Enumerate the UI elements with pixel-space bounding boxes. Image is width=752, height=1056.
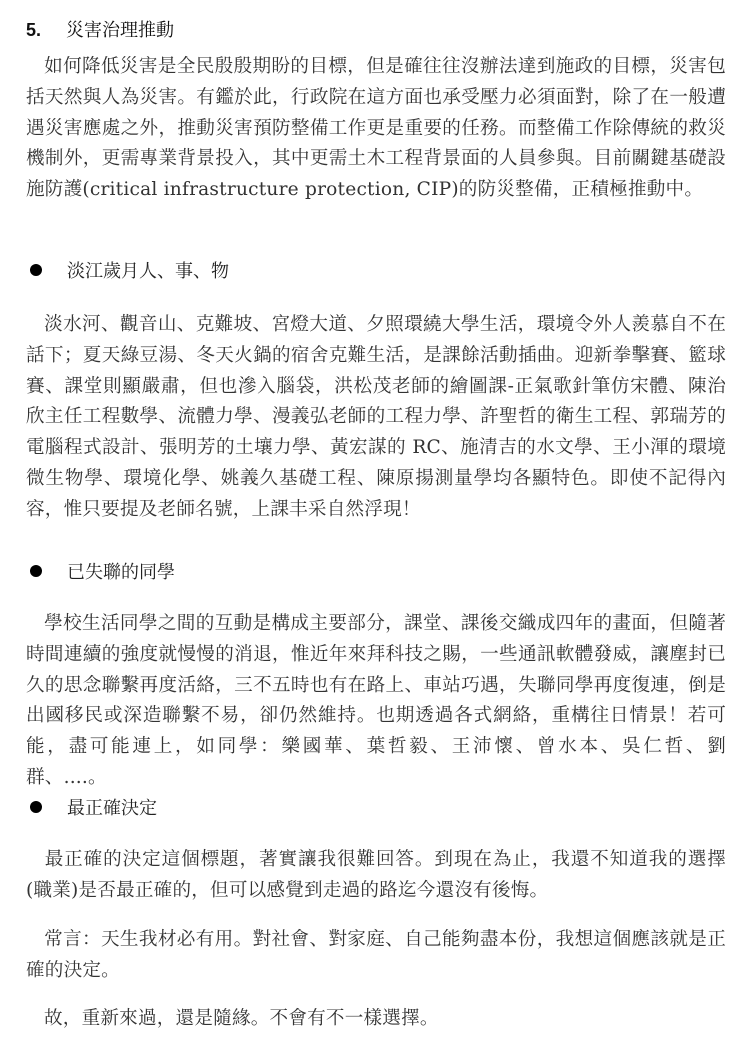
- bullet-icon: [30, 565, 42, 577]
- bullet-paragraph: 淡水河、觀音山、克難坡、宮燈大道、夕照環繞大學生活，環境令外人羨慕自不在話下；夏…: [26, 310, 726, 526]
- paragraph-text: 如何降低災害是全民殷殷期盼的目標，但是確往往沒辦法達到施政的目標，災害包括天然與…: [26, 56, 726, 200]
- section-title: 災害治理推動: [66, 20, 174, 41]
- bullet-paragraph: 學校生活同學之間的互動是構成主要部分，課堂、課後交織成四年的畫面，但隨著時間連續…: [26, 609, 726, 794]
- paragraph-text: 故，重新來過，還是隨緣。不會有不一樣選擇。: [44, 1008, 439, 1029]
- paragraph-text: 學校生活同學之間的互動是構成主要部分，課堂、課後交織成四年的畫面，但隨著時間連續…: [26, 613, 726, 788]
- bullet-title: 淡江歲月人、事、物: [67, 261, 229, 282]
- section-number: 5.: [26, 18, 66, 42]
- bullet-paragraph: 故，重新來過，還是隨緣。不會有不一樣選擇。: [26, 1004, 726, 1035]
- bullet-icon: [30, 264, 42, 276]
- bullet-heading-lost-classmates: 已失聯的同學: [26, 561, 175, 585]
- paragraph-text: 淡水河、觀音山、克難坡、宮燈大道、夕照環繞大學生活，環境令外人羨慕自不在話下；夏…: [26, 314, 726, 520]
- bullet-paragraph: 最正確的決定這個標題，著實讓我很難回答。到現在為止，我還不知道我的選擇(職業)是…: [26, 845, 726, 907]
- document-page: 5.災害治理推動 如何降低災害是全民殷殷期盼的目標，但是確往往沒辦法達到施政的目…: [0, 0, 752, 1056]
- paragraph-text: 最正確的決定這個標題，著實讓我很難回答。到現在為止，我還不知道我的選擇(職業)是…: [26, 849, 726, 901]
- bullet-icon: [30, 801, 42, 813]
- bullet-heading-tamkang: 淡江歲月人、事、物: [26, 260, 229, 284]
- bullet-paragraph: 常言：天生我材必有用。對社會、對家庭、自己能夠盡本份，我想這個應該就是正確的決定…: [26, 925, 726, 987]
- bullet-title: 最正確決定: [67, 798, 157, 819]
- bullet-title: 已失聯的同學: [67, 562, 175, 583]
- section-heading: 5.災害治理推動: [26, 18, 174, 43]
- bullet-heading-best-decision: 最正確決定: [26, 797, 157, 821]
- section-paragraph: 如何降低災害是全民殷殷期盼的目標，但是確往往沒辦法達到施政的目標，災害包括天然與…: [26, 52, 726, 206]
- paragraph-text: 常言：天生我材必有用。對社會、對家庭、自己能夠盡本份，我想這個應該就是正確的決定…: [26, 929, 726, 981]
